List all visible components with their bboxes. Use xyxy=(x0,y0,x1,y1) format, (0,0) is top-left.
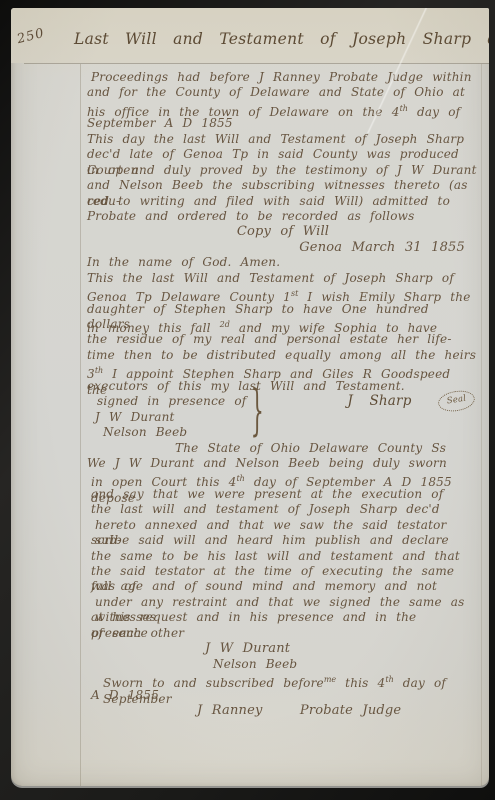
manuscript-line: This the last Will and Testament of Jose… xyxy=(87,271,479,286)
manuscript-line: 3th I appoint Stephen Sharp and Giles R … xyxy=(87,363,479,378)
manuscript-line: in open Court this 4th day of September … xyxy=(87,471,479,486)
line-text: day of xyxy=(408,105,460,119)
manuscript-line: and say that we were present at the exec… xyxy=(87,487,479,502)
superscript-insertion: th xyxy=(236,474,244,483)
manuscript-line: time then to be distributed equally amon… xyxy=(87,348,479,363)
manuscript-line: at his request and in his presence and i… xyxy=(87,610,479,625)
margin-rule-left xyxy=(80,64,81,786)
manuscript-line: ced to writing and filed with said Will)… xyxy=(87,194,479,209)
manuscript-line: Probate and ordered to be recorded as fo… xyxy=(87,209,479,224)
testator-signature: J Sharp xyxy=(347,394,411,409)
manuscript-line: and for the County of Delaware and State… xyxy=(87,85,479,100)
manuscript-body: Proceedings had before J Ranney Probate … xyxy=(87,70,479,718)
manuscript-line: the residue of my real and personal esta… xyxy=(87,332,479,347)
manuscript-line: J W Durant xyxy=(87,410,479,425)
line-text: this 4 xyxy=(336,676,385,690)
manuscript-line: Nelson Beeb xyxy=(87,425,479,440)
manuscript-line: full age and of sound mind and memory an… xyxy=(87,579,479,594)
manuscript-line: and Nelson Beeb the subscribing witnesse… xyxy=(87,178,479,193)
manuscript-line: Genoa Tp Delaware County 1st I wish Emil… xyxy=(87,286,479,301)
manuscript-line: the same to be his last will and testame… xyxy=(87,549,479,564)
manuscript-line: the last will and testament of Joseph Sh… xyxy=(87,502,479,517)
superscript-insertion: me xyxy=(324,675,336,684)
manuscript-line: daughter of Stephen Sharp to have One hu… xyxy=(87,302,479,317)
manuscript-line: hereto annexed and that we saw the said … xyxy=(87,518,479,533)
margin-rule-right xyxy=(481,64,482,786)
superscript-insertion: th xyxy=(95,366,103,375)
manuscript-line: The State of Ohio Delaware County Ss xyxy=(87,441,479,456)
manuscript-line: We J W Durant and Nelson Beeb being duly… xyxy=(87,456,479,471)
manuscript-line: Genoa March 31 1855 xyxy=(87,240,479,255)
manuscript-line: of each other xyxy=(87,626,479,641)
header-rule xyxy=(24,63,489,64)
manuscript-line: In the name of God. Amen. xyxy=(87,255,479,270)
manuscript-line: under any restraint and that we signed t… xyxy=(87,595,479,610)
superscript-insertion: th xyxy=(385,675,393,684)
signature-row: signed in presence of}J SharpSeal xyxy=(87,394,479,409)
ledger-page: 250 Last Will and Testament of Joseph Sh… xyxy=(11,8,489,786)
brace-flourish: } xyxy=(251,397,264,426)
superscript-insertion: th xyxy=(400,104,408,113)
witness-attestation-label: signed in presence of xyxy=(97,394,246,409)
manuscript-line: Nelson Beeb xyxy=(87,657,479,672)
manuscript-line: Court and duly proved by the testimony o… xyxy=(87,163,479,178)
manuscript-line: in money this fall 2d and my wife Sophia… xyxy=(87,317,479,332)
manuscript-line: Sworn to and subscribed beforeme this 4t… xyxy=(87,672,479,687)
superscript-insertion: 2d xyxy=(220,320,230,329)
page-title: Last Will and Testament of Joseph Sharp … xyxy=(74,30,489,48)
manuscript-line: the said testator at the time of executi… xyxy=(87,564,479,579)
manuscript-line: his office in the town of Delaware on th… xyxy=(87,101,479,116)
manuscript-line: Proceedings had before J Ranney Probate … xyxy=(87,70,479,85)
photo-frame: 250 Last Will and Testament of Joseph Sh… xyxy=(0,0,495,800)
manuscript-line: Copy of Will xyxy=(87,224,479,239)
manuscript-line: J W Durant xyxy=(87,641,479,656)
manuscript-line: dec'd late of Genoa Tp in said County wa… xyxy=(87,147,479,162)
manuscript-line: scribe said will and heard him publish a… xyxy=(87,533,479,548)
manuscript-line: This day the last Will and Testament of … xyxy=(87,132,479,147)
